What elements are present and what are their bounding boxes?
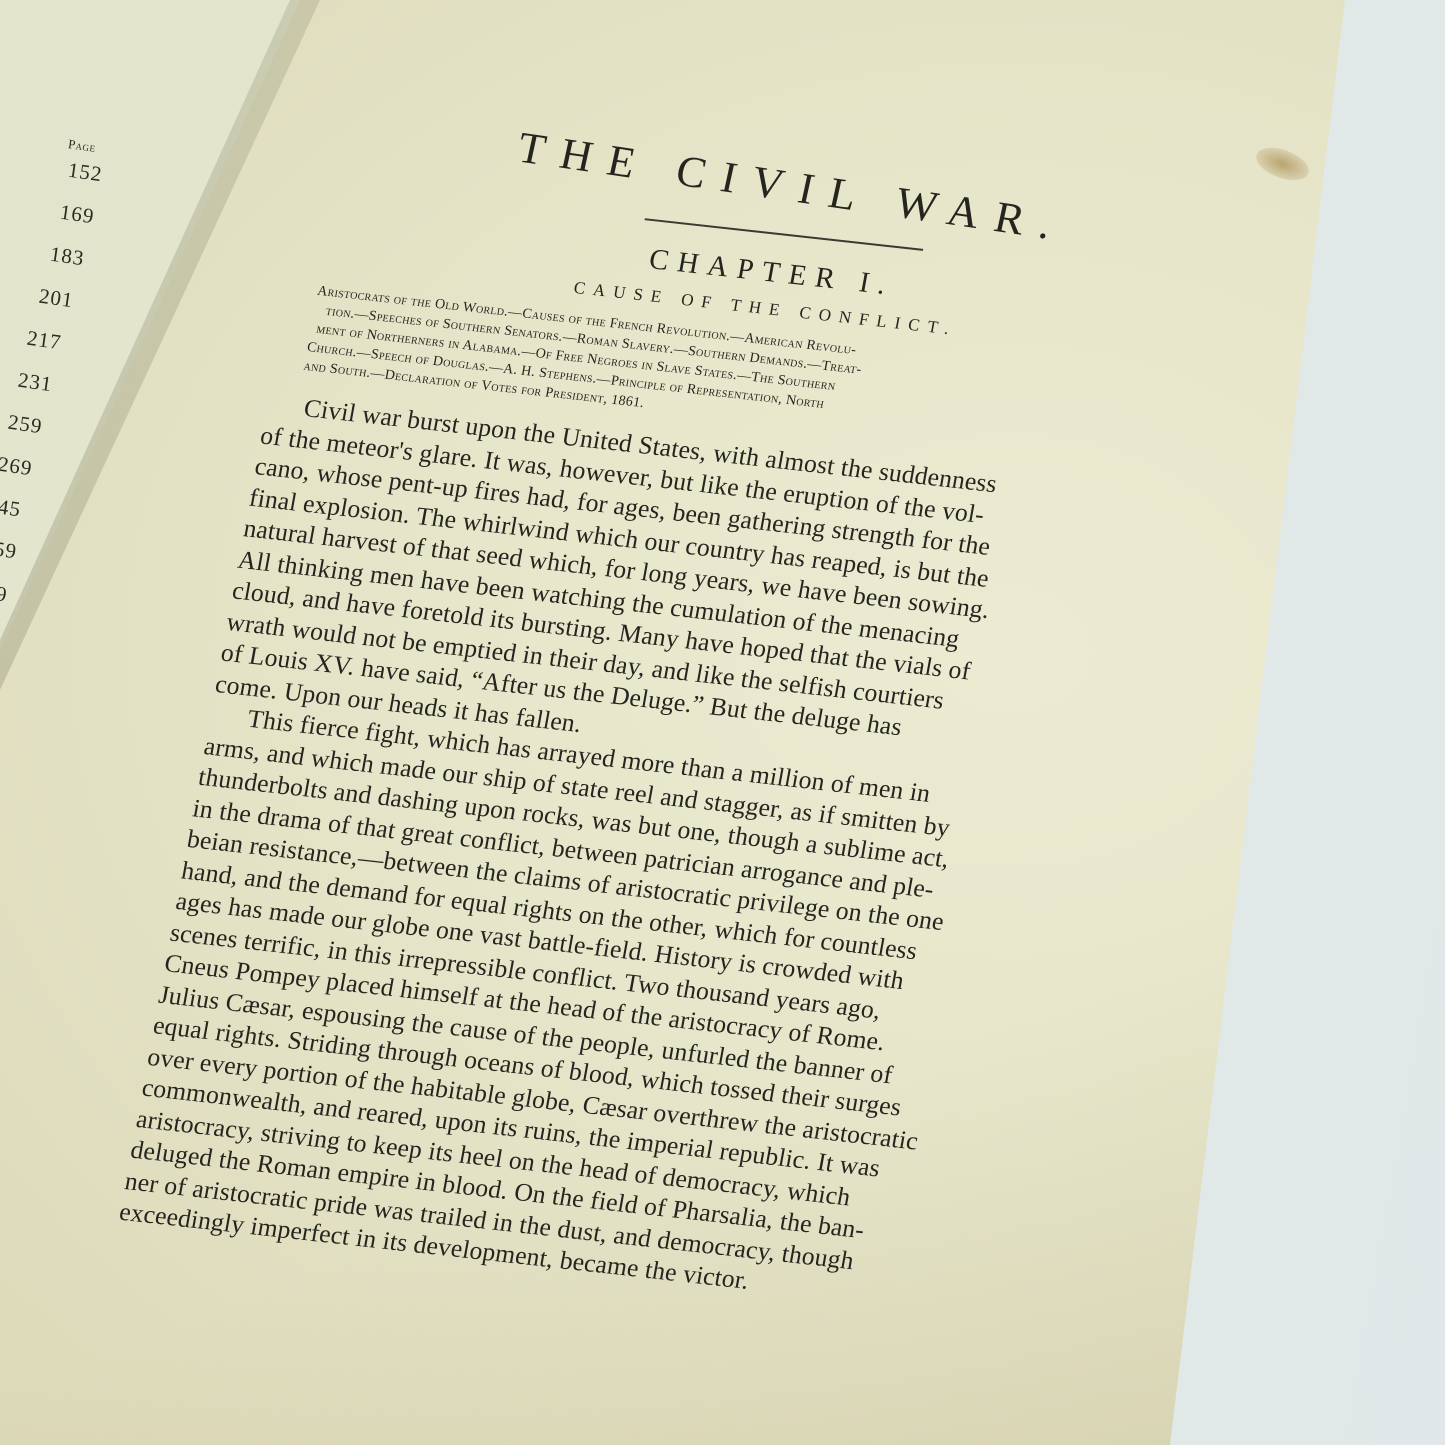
toc-page-number: 152	[66, 158, 104, 188]
toc-page-number: 217	[25, 326, 63, 356]
toc-page-number: 59	[0, 537, 19, 565]
toc-page-number: 45	[0, 495, 23, 523]
toc-page-number: 183	[48, 242, 86, 272]
toc-page-number: 201	[37, 284, 75, 314]
table-of-contents-page-numbers: Page 152 169 183 201 217 231 259 269 45 …	[0, 0, 140, 640]
toc-page-number: 269	[0, 452, 34, 482]
chapter-body: Civil war burst upon the United States, …	[117, 388, 1124, 1321]
toc-page-header: Page	[67, 136, 97, 156]
toc-page-number: 9	[0, 581, 9, 607]
toc-page-number: 231	[16, 368, 54, 398]
toc-page-number: 259	[6, 410, 44, 440]
toc-page-number: 169	[58, 200, 96, 230]
